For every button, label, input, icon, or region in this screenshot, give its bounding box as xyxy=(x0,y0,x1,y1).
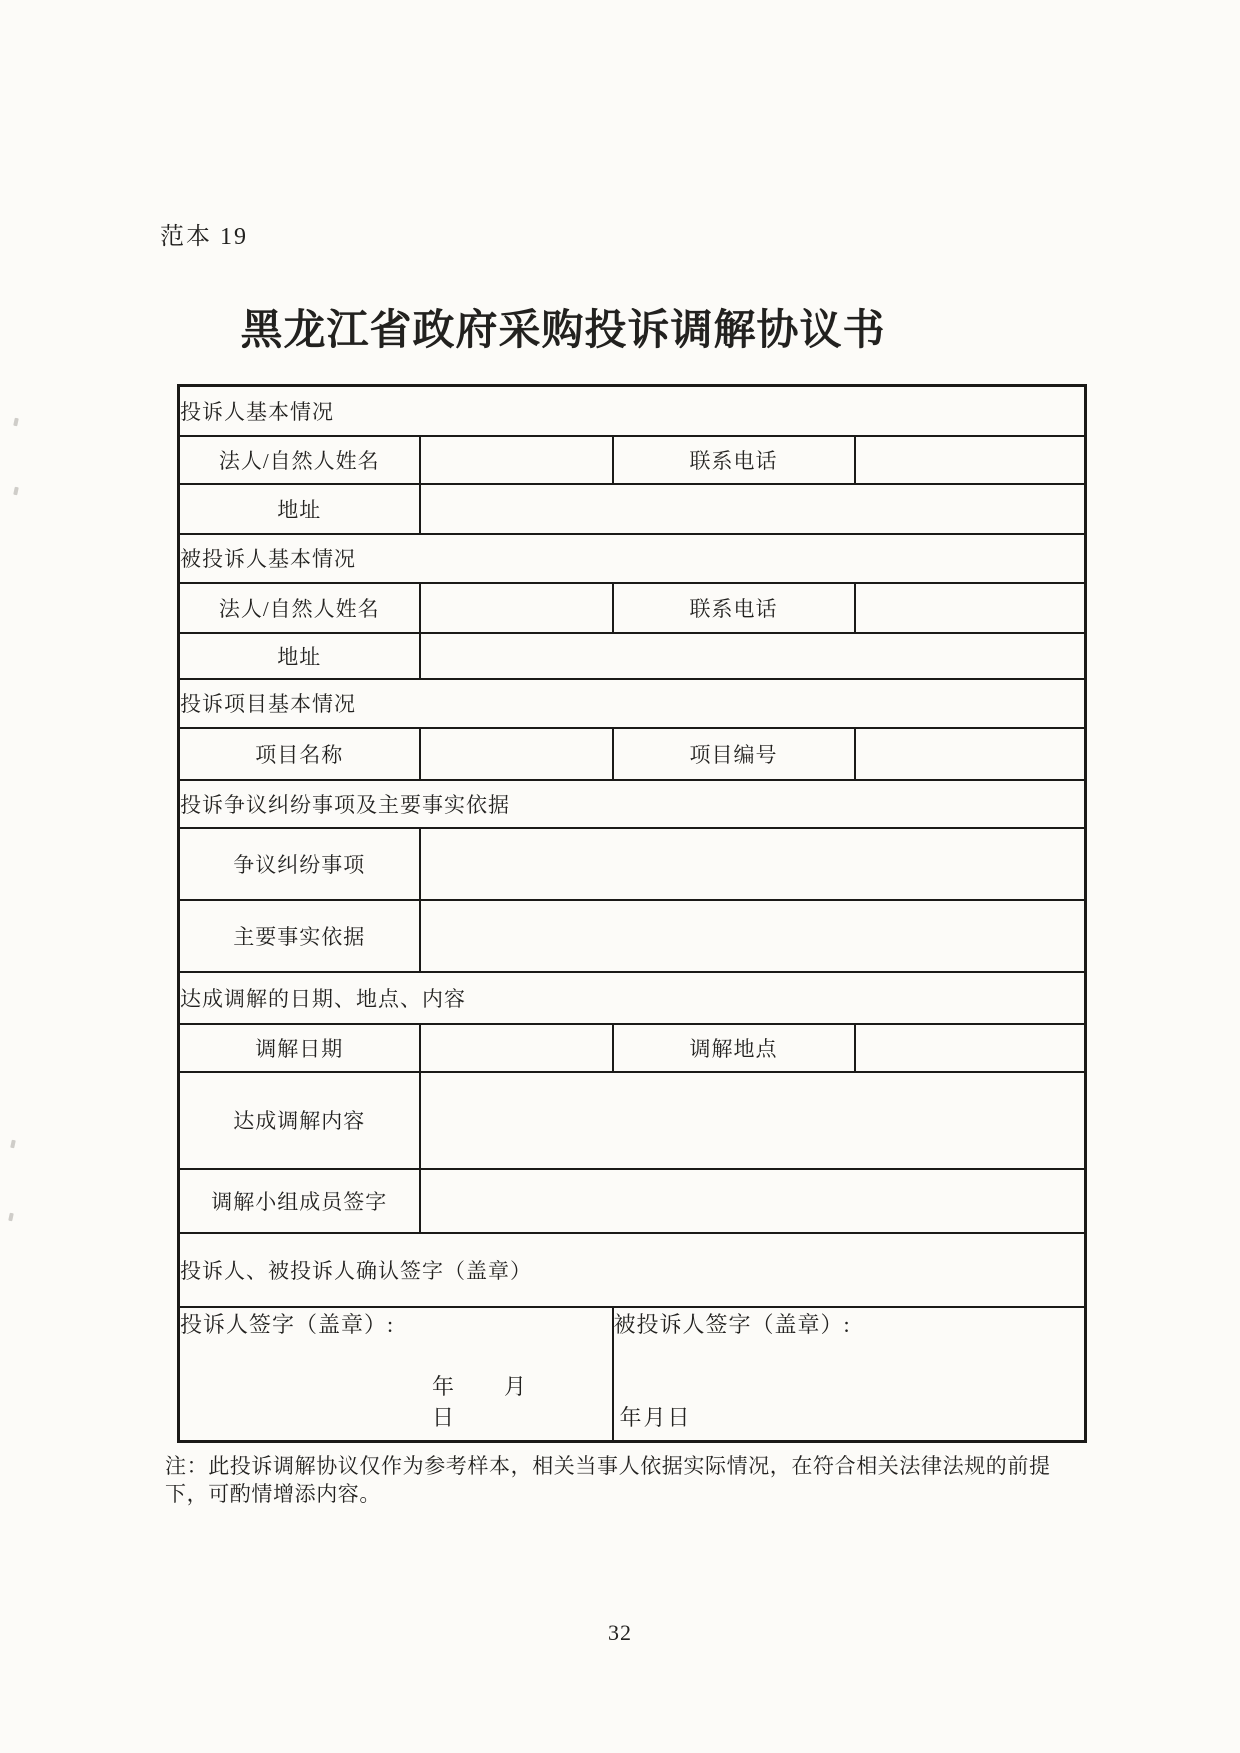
input-cell-project-name xyxy=(420,728,613,780)
label-respondent-address: 地址 xyxy=(179,633,420,679)
section-header-complainant-info: 投诉人基本情况 xyxy=(179,386,1086,436)
footnote-line: 下，可酌情增添内容。 xyxy=(165,1480,1095,1508)
section-header-respondent-info: 被投诉人基本情况 xyxy=(179,534,1086,583)
input-cell-mediation-date xyxy=(420,1024,613,1072)
input-cell-mediation-team-signatures xyxy=(420,1169,1086,1233)
table-row: 投诉争议纠纷事项及主要事实依据 xyxy=(179,780,1086,828)
mediation-agreement-form: 投诉人基本情况 法人/自然人姓名 联系电话 地址 被投诉人基本情况 法人/自然人… xyxy=(177,384,1087,1443)
table-row: 项目名称 项目编号 xyxy=(179,728,1086,780)
label-mediation-date: 调解日期 xyxy=(179,1024,420,1072)
table-row: 调解日期 调解地点 xyxy=(179,1024,1086,1072)
complainant-signature-label: 投诉人签字（盖章）: xyxy=(180,1308,612,1339)
label-mediation-content: 达成调解内容 xyxy=(179,1072,420,1169)
footnote: 注：此投诉调解协议仅作为参考样本，相关当事人依据实际情况，在符合相关法律法规的前… xyxy=(165,1452,1095,1508)
label-complainant-address: 地址 xyxy=(179,484,420,534)
page-title: 黑龙江省政府采购投诉调解协议书 xyxy=(103,306,1023,356)
input-cell-complainant-phone xyxy=(855,436,1086,484)
table-row: 地址 xyxy=(179,633,1086,679)
label-respondent-name: 法人/自然人姓名 xyxy=(179,583,420,633)
label-mediation-place: 调解地点 xyxy=(613,1024,855,1072)
scan-speckle xyxy=(10,1140,16,1149)
input-cell-respondent-address xyxy=(420,633,1086,679)
table-row: 地址 xyxy=(179,484,1086,534)
table-row: 投诉人签字（盖章）: 年 月 日 被投诉人签字（盖章）: 年月日 xyxy=(179,1307,1086,1442)
label-complainant-name: 法人/自然人姓名 xyxy=(179,436,420,484)
respondent-signature-date: 年月日 xyxy=(620,1401,692,1432)
table-row: 被投诉人基本情况 xyxy=(179,534,1086,583)
section-header-mediation-details: 达成调解的日期、地点、内容 xyxy=(179,972,1086,1024)
label-dispute-items: 争议纠纷事项 xyxy=(179,828,420,900)
label-mediation-team-signatures: 调解小组成员签字 xyxy=(179,1169,420,1233)
input-cell-respondent-phone xyxy=(855,583,1086,633)
section-header-confirmation-signatures: 投诉人、被投诉人确认签字（盖章） xyxy=(179,1233,1086,1307)
label-project-name: 项目名称 xyxy=(179,728,420,780)
respondent-signature-cell: 被投诉人签字（盖章）: 年月日 xyxy=(613,1307,1086,1442)
table-row: 争议纠纷事项 xyxy=(179,828,1086,900)
input-cell-complainant-address xyxy=(420,484,1086,534)
label-project-number: 项目编号 xyxy=(613,728,855,780)
section-header-dispute-and-facts: 投诉争议纠纷事项及主要事实依据 xyxy=(179,780,1086,828)
table-row: 投诉人、被投诉人确认签字（盖章） xyxy=(179,1233,1086,1307)
input-cell-project-number xyxy=(855,728,1086,780)
table-row: 法人/自然人姓名 联系电话 xyxy=(179,583,1086,633)
input-cell-mediation-content xyxy=(420,1072,1086,1169)
page-number: 32 xyxy=(0,1620,1240,1646)
input-cell-dispute-items xyxy=(420,828,1086,900)
complainant-signature-cell: 投诉人签字（盖章）: 年 月 日 xyxy=(179,1307,613,1442)
input-cell-main-facts xyxy=(420,900,1086,972)
scan-speckle xyxy=(8,1213,14,1222)
table-row: 投诉项目基本情况 xyxy=(179,679,1086,728)
label-complainant-phone: 联系电话 xyxy=(613,436,855,484)
template-label: 范本 19 xyxy=(160,216,248,251)
table-row: 调解小组成员签字 xyxy=(179,1169,1086,1233)
table-row: 达成调解的日期、地点、内容 xyxy=(179,972,1086,1024)
label-main-facts: 主要事实依据 xyxy=(179,900,420,972)
table-row: 达成调解内容 xyxy=(179,1072,1086,1169)
complainant-signature-date: 年 月 日 xyxy=(432,1370,612,1432)
table-row: 法人/自然人姓名 联系电话 xyxy=(179,436,1086,484)
scan-speckle xyxy=(13,487,19,496)
input-cell-mediation-place xyxy=(855,1024,1086,1072)
footnote-line: 注：此投诉调解协议仅作为参考样本，相关当事人依据实际情况，在符合相关法律法规的前… xyxy=(165,1452,1095,1480)
label-respondent-phone: 联系电话 xyxy=(613,583,855,633)
table-row: 主要事实依据 xyxy=(179,900,1086,972)
table-row: 投诉人基本情况 xyxy=(179,386,1086,436)
scanned-document-page: 范本 19 黑龙江省政府采购投诉调解协议书 投诉人基本情况 法人/自然人姓名 联… xyxy=(0,0,1240,1753)
section-header-project-info: 投诉项目基本情况 xyxy=(179,679,1086,728)
input-cell-respondent-name xyxy=(420,583,613,633)
respondent-signature-label: 被投诉人签字（盖章）: xyxy=(614,1308,1085,1339)
scan-speckle xyxy=(13,418,19,427)
input-cell-complainant-name xyxy=(420,436,613,484)
